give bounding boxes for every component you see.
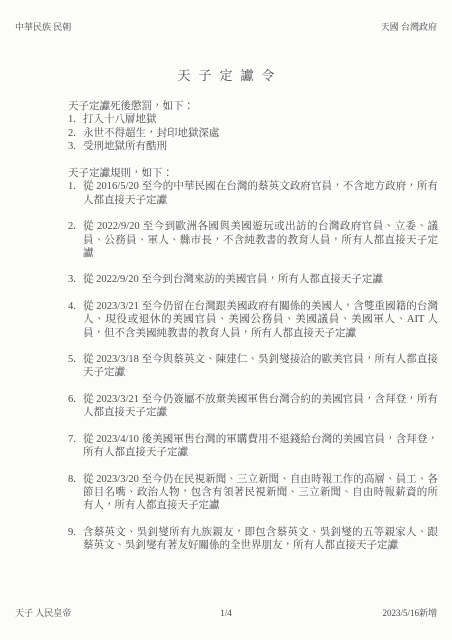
rules-list-item: 4. 從 2023/3/21 至今仍留在台灣跟美國政府有關係的美國人，含雙重國籍… [68, 300, 438, 340]
list-item-number: 9. [68, 526, 83, 553]
punishment-list-item: 2. 永世不得超生，封印地獄深處 [68, 127, 438, 140]
rules-list-item: 6. 從 2023/3/21 至今仍簽屬不放棄美國軍售台灣合約的美國官員，含拜登… [68, 393, 438, 420]
page-header: 中華民族 民朝 天國 台灣政府 [0, 0, 452, 33]
rules-list-item: 1. 從 2016/5/20 至今的中華民國在台灣的蔡英文政府官員，不含地方政府… [68, 180, 438, 207]
rules-section-heading: 天子定讞規則，如下： [68, 167, 438, 180]
page-footer: 天子 人民皇帝 1/4 2023/5/16新增 [15, 607, 437, 619]
punishment-list: 1. 打入十八層地獄 2. 永世不得超生，封印地獄深處 3. 受刑地獄所有酷刑 [68, 113, 438, 153]
list-item-text: 永世不得超生，封印地獄深處 [83, 127, 438, 140]
list-item-number: 2. [68, 127, 83, 140]
footer-left-text: 天子 人民皇帝 [15, 607, 220, 619]
list-item-number: 8. [68, 473, 83, 513]
list-item-number: 4. [68, 300, 83, 340]
list-item-number: 5. [68, 353, 83, 380]
document-page: 中華民族 民朝 天國 台灣政府 天子定讞令 天子定讞死後懲罰，如下： 1. 打入… [0, 0, 452, 640]
list-item-number: 6. [68, 393, 83, 420]
footer-page-number: 1/4 [220, 607, 232, 619]
footer-date-text: 2023/5/16新增 [232, 607, 437, 619]
rules-list-item: 5. 從 2023/3/18 至今與蔡英文、陳建仁、吳釗燮接洽的歐美官員，所有人… [68, 353, 438, 380]
rules-list-item: 2. 從 2022/9/20 至今到歐洲各國與美國遊玩或出訪的台灣政府官員、立委… [68, 220, 438, 260]
document-body: 天子定讞死後懲罰，如下： 1. 打入十八層地獄 2. 永世不得超生，封印地獄深處… [68, 100, 438, 553]
list-item-text: 從 2023/3/21 至今仍留在台灣跟美國政府有關係的美國人，含雙重國籍的台灣… [83, 300, 438, 340]
list-item-number: 7. [68, 433, 83, 460]
punishment-section-heading: 天子定讞死後懲罰，如下： [68, 100, 438, 113]
list-item-number: 3. [68, 140, 83, 153]
punishment-list-item: 1. 打入十八層地獄 [68, 113, 438, 126]
rules-list-item: 3. 從 2022/9/20 至今到台灣來訪的美國官員，所有人都直接天子定讞 [68, 273, 438, 286]
list-item-number: 2. [68, 220, 83, 260]
list-item-text: 從 2022/9/20 至今到台灣來訪的美國官員，所有人都直接天子定讞 [83, 273, 438, 286]
list-item-number: 3. [68, 273, 83, 286]
rules-list-item: 9. 含蔡英文、吳釗燮所有九族親友，即包含蔡英文、吳釗燮的五等親家人、跟蔡英文、… [68, 526, 438, 553]
header-left-text: 中華民族 民朝 [15, 21, 71, 33]
list-item-text: 含蔡英文、吳釗燮所有九族親友，即包含蔡英文、吳釗燮的五等親家人、跟蔡英文、吳釗燮… [83, 526, 438, 553]
list-item-text: 打入十八層地獄 [83, 113, 438, 126]
list-item-text: 受刑地獄所有酷刑 [83, 140, 438, 153]
list-item-text: 從 2023/3/20 至今仍在民視新聞、三立新聞、自由時報工作的高層、員工、各… [83, 473, 438, 513]
rules-list-item: 7. 從 2023/4/10 後美國軍售台灣的軍購費用不退錢給台灣的美國官員，含… [68, 433, 438, 460]
rules-list: 1. 從 2016/5/20 至今的中華民國在台灣的蔡英文政府官員，不含地方政府… [68, 180, 438, 552]
list-item-text: 從 2023/4/10 後美國軍售台灣的軍購費用不退錢給台灣的美國官員，含拜登，… [83, 433, 438, 460]
header-right-text: 天國 台灣政府 [381, 21, 437, 33]
document-title: 天子定讞令 [0, 65, 452, 84]
list-item-text: 從 2023/3/18 至今與蔡英文、陳建仁、吳釗燮接洽的歐美官員，所有人都直接… [83, 353, 438, 380]
punishment-list-item: 3. 受刑地獄所有酷刑 [68, 140, 438, 153]
list-item-number: 1. [68, 113, 83, 126]
list-item-number: 1. [68, 180, 83, 207]
list-item-text: 從 2022/9/20 至今到歐洲各國與美國遊玩或出訪的台灣政府官員、立委、議員… [83, 220, 438, 260]
rules-list-item: 8. 從 2023/3/20 至今仍在民視新聞、三立新聞、自由時報工作的高層、員… [68, 473, 438, 513]
list-item-text: 從 2023/3/21 至今仍簽屬不放棄美國軍售台灣合約的美國官員，含拜登，所有… [83, 393, 438, 420]
list-item-text: 從 2016/5/20 至今的中華民國在台灣的蔡英文政府官員，不含地方政府，所有… [83, 180, 438, 207]
